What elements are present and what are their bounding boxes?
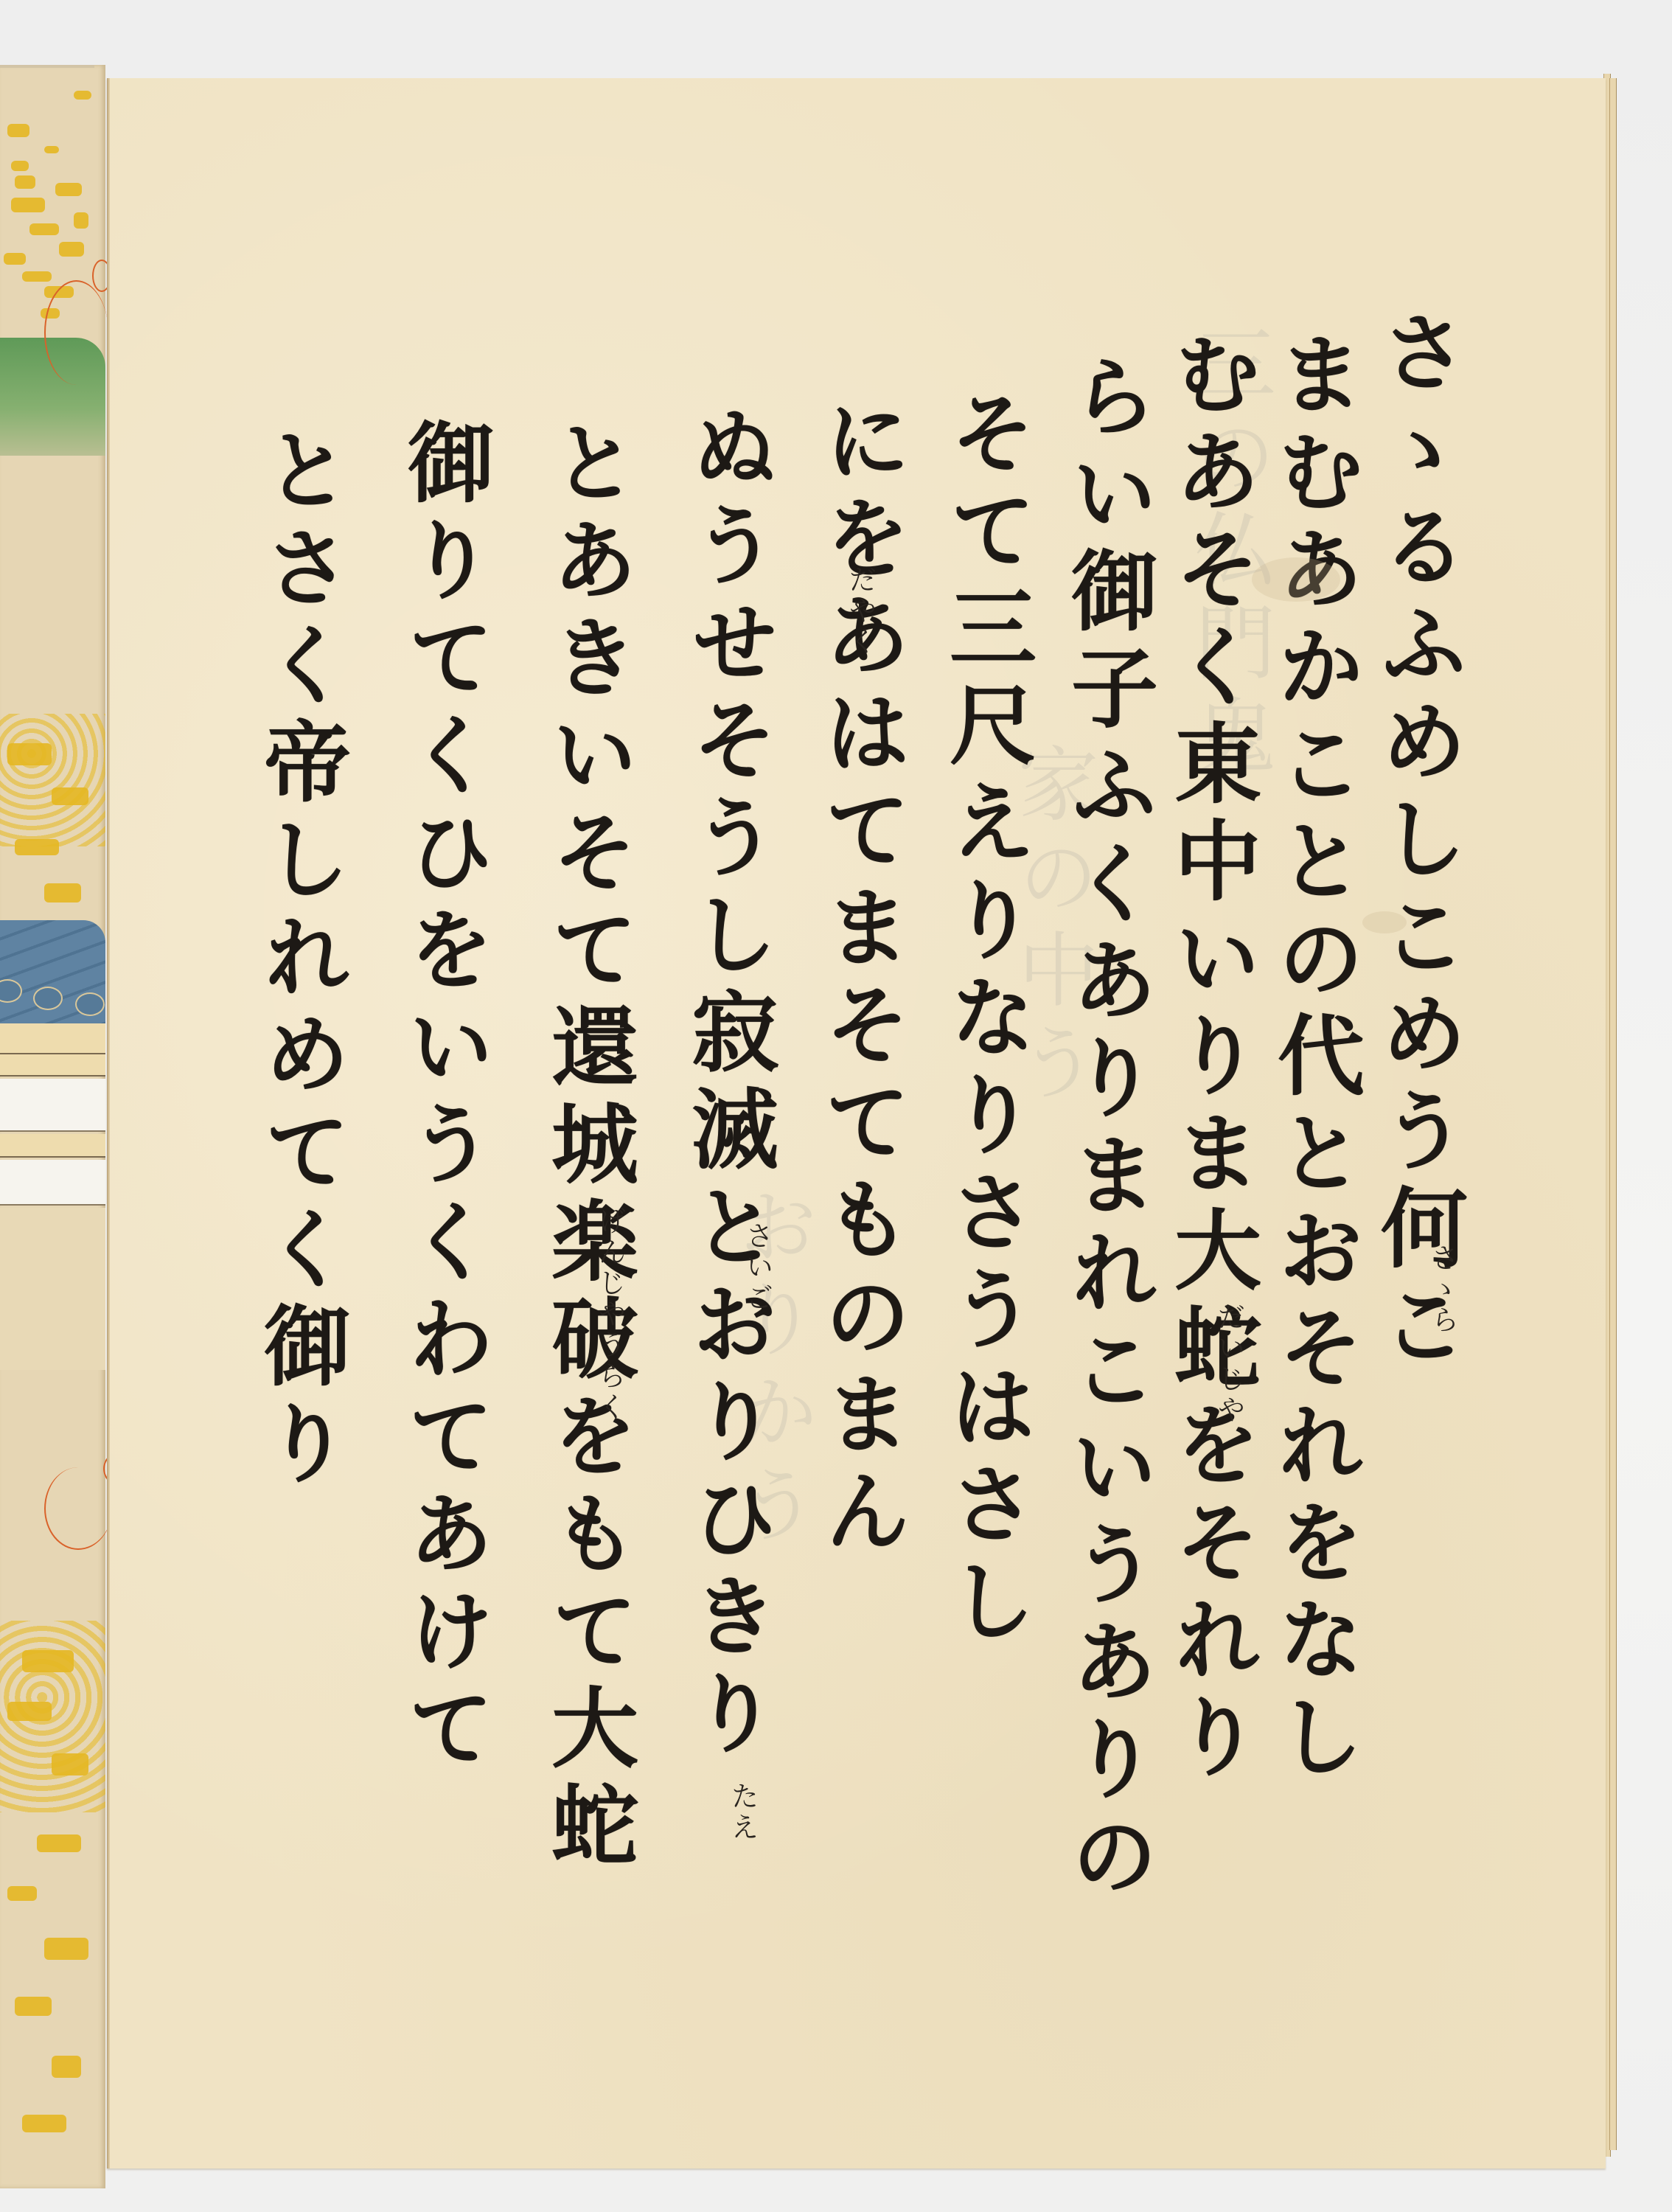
book-gutter <box>107 78 110 2168</box>
white-panel <box>0 1079 105 1132</box>
text-column-4: らい御子ふくありまれこいうありの <box>1064 351 1151 1908</box>
gold-leaf-fleck <box>52 1753 88 1775</box>
furigana-annotation: げんじやうらく <box>596 1206 624 1423</box>
text-column-10: とさく帝しれめてく御り <box>257 425 344 1495</box>
furigana-annotation: だやく <box>846 565 874 658</box>
gold-leaf-fleck <box>74 91 91 100</box>
roof-tile <box>75 992 105 1016</box>
white-panel <box>0 1160 105 1206</box>
gold-leaf-fleck <box>55 183 82 196</box>
gold-leaf-fleck <box>44 883 81 902</box>
gold-leaf-fleck <box>44 1938 88 1960</box>
gold-leaf-fleck <box>52 2056 81 2078</box>
illustrated-left-page <box>0 65 105 2188</box>
binding-thread <box>44 280 108 385</box>
paper-area <box>0 1208 105 1370</box>
veranda-beam <box>0 1054 105 1077</box>
text-column-5: そて三尺えりなりさうはさし <box>942 388 1029 1653</box>
page-edge-stack <box>1609 78 1617 2150</box>
paper-stain <box>1362 911 1407 933</box>
gold-leaf-fleck <box>74 212 88 229</box>
gold-leaf-fleck <box>59 242 84 257</box>
gold-leaf-fleck <box>22 271 52 282</box>
gold-leaf-fleck <box>15 1997 52 2016</box>
furigana-annotation: たえ <box>728 1781 756 1843</box>
gold-leaf-cloud <box>0 714 105 846</box>
text-column-9: 御りてくひをいうくわてあけて <box>400 417 487 1780</box>
text-column-8: とあきいそて還城楽破をもて大蛇 <box>544 417 631 1877</box>
roof-tile <box>33 987 63 1010</box>
gold-leaf-fleck <box>44 146 59 153</box>
gold-leaf-fleck <box>7 124 29 137</box>
cover-edge <box>0 65 94 68</box>
roof-tile <box>0 979 22 1003</box>
gold-leaf-fleck <box>22 1650 74 1672</box>
paper-stain <box>1252 557 1340 602</box>
gold-leaf-fleck <box>22 2115 66 2132</box>
gold-leaf-fleck <box>7 1702 52 1721</box>
gold-leaf-fleck <box>7 1886 37 1901</box>
veranda-beam <box>0 1134 105 1158</box>
gold-leaf-fleck <box>15 175 35 189</box>
gold-leaf-fleck <box>52 787 88 805</box>
gold-leaf-fleck <box>7 743 52 765</box>
furigana-annotation: だいじや <box>1215 1302 1243 1426</box>
binding-thread <box>44 1467 112 1550</box>
furigana-annotation: さいご <box>743 1221 771 1314</box>
text-right-page: 三の仏門鬼 家の中う おりかう さゝるふめしこめう何こ まむあかことの代とおそれ… <box>107 78 1606 2168</box>
gold-leaf-fleck <box>37 1834 81 1852</box>
text-column-7: ぬうせそうし寂滅とおりひきり <box>684 403 771 1765</box>
roof-end-tiles <box>0 979 105 1012</box>
gold-leaf-fleck <box>4 253 26 265</box>
gold-leaf-fleck <box>11 161 29 171</box>
text-column-2: まむあかことの代とおそれをなし <box>1270 329 1357 1789</box>
gold-leaf-fleck <box>15 839 59 855</box>
gold-leaf-fleck <box>11 198 45 212</box>
gold-leaf-fleck <box>29 223 59 235</box>
text-column-3: むあそく東中いりま大蛇をそれり <box>1167 329 1254 1789</box>
calligraphy-text-block: さゝるふめしこめう何こ まむあかことの代とおそれをなし むあそく東中いりま大蛇を… <box>109 78 1606 2168</box>
furigana-annotation: さゝら <box>1429 1243 1457 1336</box>
text-column-1: さゝるふめしこめう何こ <box>1373 307 1460 1377</box>
veranda-beam <box>0 1023 105 1054</box>
